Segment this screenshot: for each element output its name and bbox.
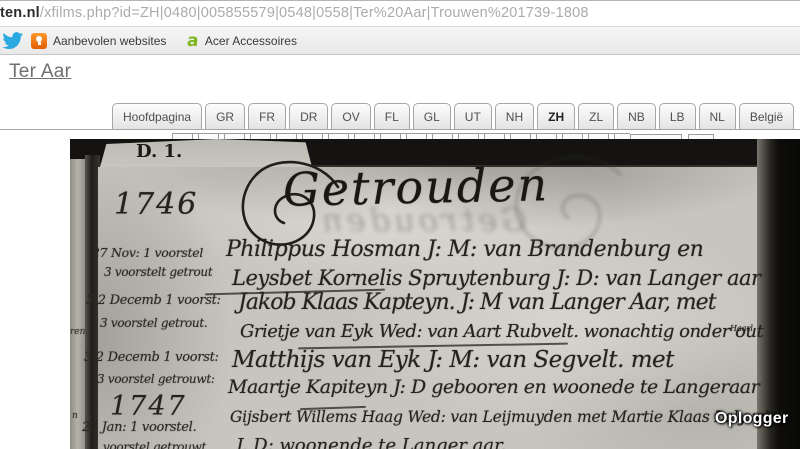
province-tab-bar: Hoofdpagina GR FR DR OV FL GL UT NH ZH Z…: [0, 102, 800, 130]
tab-gr[interactable]: GR: [205, 103, 245, 130]
register-scan: D. 1. Getrouden 1746 Getrouden 27 Nov: 1…: [70, 139, 800, 449]
tab-ov[interactable]: OV: [331, 103, 370, 130]
entry-line: Matthijs van Eyk J: M: van Segvelt. met: [232, 347, 674, 373]
tab-gl[interactable]: GL: [413, 103, 451, 130]
entry-margin: 3 voorstelt getrout: [104, 265, 212, 279]
tab-ut[interactable]: UT: [454, 103, 492, 130]
oplogger-watermark: Oplogger: [715, 410, 789, 428]
tab-lb[interactable]: LB: [659, 103, 696, 130]
tab-zh[interactable]: ZH: [537, 103, 575, 130]
entry-line: Jakob Klaas Kapteyn. J: M van Langer Aar…: [238, 290, 716, 315]
entry-line: Grietje van Eyk Wed: van Aart Rubvelt. w…: [240, 321, 763, 342]
bookmark-acer[interactable]: a Acer Accessoires: [187, 33, 297, 49]
tab-dr[interactable]: DR: [289, 103, 328, 130]
entry-margin: 3 2 Decemb 1 voorst:: [86, 293, 221, 308]
address-bar[interactable]: ten.nl/xfilms.php?id=ZH|0480|005855579|0…: [0, 0, 800, 25]
url-path: /xfilms.php?id=ZH|0480|005855579|0548|05…: [40, 5, 589, 21]
page-title-link[interactable]: Ter Aar: [9, 61, 71, 83]
entry-margin: voorstel getrouwt: [103, 440, 206, 449]
edge-fragment: ren: [70, 327, 85, 337]
tab-nb[interactable]: NB: [617, 103, 656, 130]
entry-line: Leysbet Kornelis Spruytenburg J: D: van …: [232, 266, 761, 290]
year-1747: 1747: [110, 391, 187, 422]
bookmark-label: Acer Accessoires: [205, 34, 297, 48]
bookmark-suggested-sites[interactable]: Aanbevolen websites: [31, 33, 166, 49]
year-1746: 1746: [114, 187, 198, 222]
entry-margin: 3 voorstel getrouwt:: [97, 372, 215, 386]
entry-margin: 3 voorstel getrout.: [100, 316, 207, 330]
entry-margin: 22 Jan: 1 voorstel.: [82, 420, 196, 435]
entry-line: Philippus Hosman J: M: van Brandenburg e…: [226, 237, 703, 262]
tab-fl[interactable]: FL: [374, 103, 410, 130]
tab-fr[interactable]: FR: [248, 103, 286, 130]
bookmarks-bar: Aanbevolen websites a Acer Accessoires: [0, 26, 800, 55]
tab-hoofdpagina[interactable]: Hoofdpagina: [112, 103, 202, 130]
lightbulb-icon: [31, 33, 47, 49]
entry-margin: 27 Nov: 1 voorstel: [92, 245, 203, 260]
url-domain: ten.nl: [0, 5, 40, 21]
page-right-edge: [757, 139, 800, 449]
bookmark-label: Aanbevolen websites: [53, 34, 166, 48]
acer-a-icon: a: [187, 33, 200, 49]
twitter-bird-icon[interactable]: [2, 32, 24, 49]
tab-nl[interactable]: NL: [699, 103, 736, 130]
entry-line: J. D: woonende te Langer aar.: [236, 435, 507, 449]
tab-nh[interactable]: NH: [495, 103, 534, 130]
margin-note: Haarl: [730, 324, 753, 333]
register-title: Getrouden: [282, 157, 549, 217]
page-number-heading: D. 1.: [136, 141, 182, 162]
tab-belgie[interactable]: België: [739, 103, 794, 130]
edge-fragment: n: [72, 411, 78, 421]
tab-list: Hoofdpagina GR FR DR OV FL GL UT NH ZH Z…: [112, 103, 794, 130]
entry-margin: 3 2 Decemb 1 voorst:: [84, 350, 219, 365]
entry-line: Maartje Kapiteyn J: D gebooren en wooned…: [228, 376, 759, 398]
entry-line: Gijsbert Willems Haag Wed: van Leijmuyde…: [230, 408, 785, 426]
tab-zl[interactable]: ZL: [578, 103, 614, 130]
